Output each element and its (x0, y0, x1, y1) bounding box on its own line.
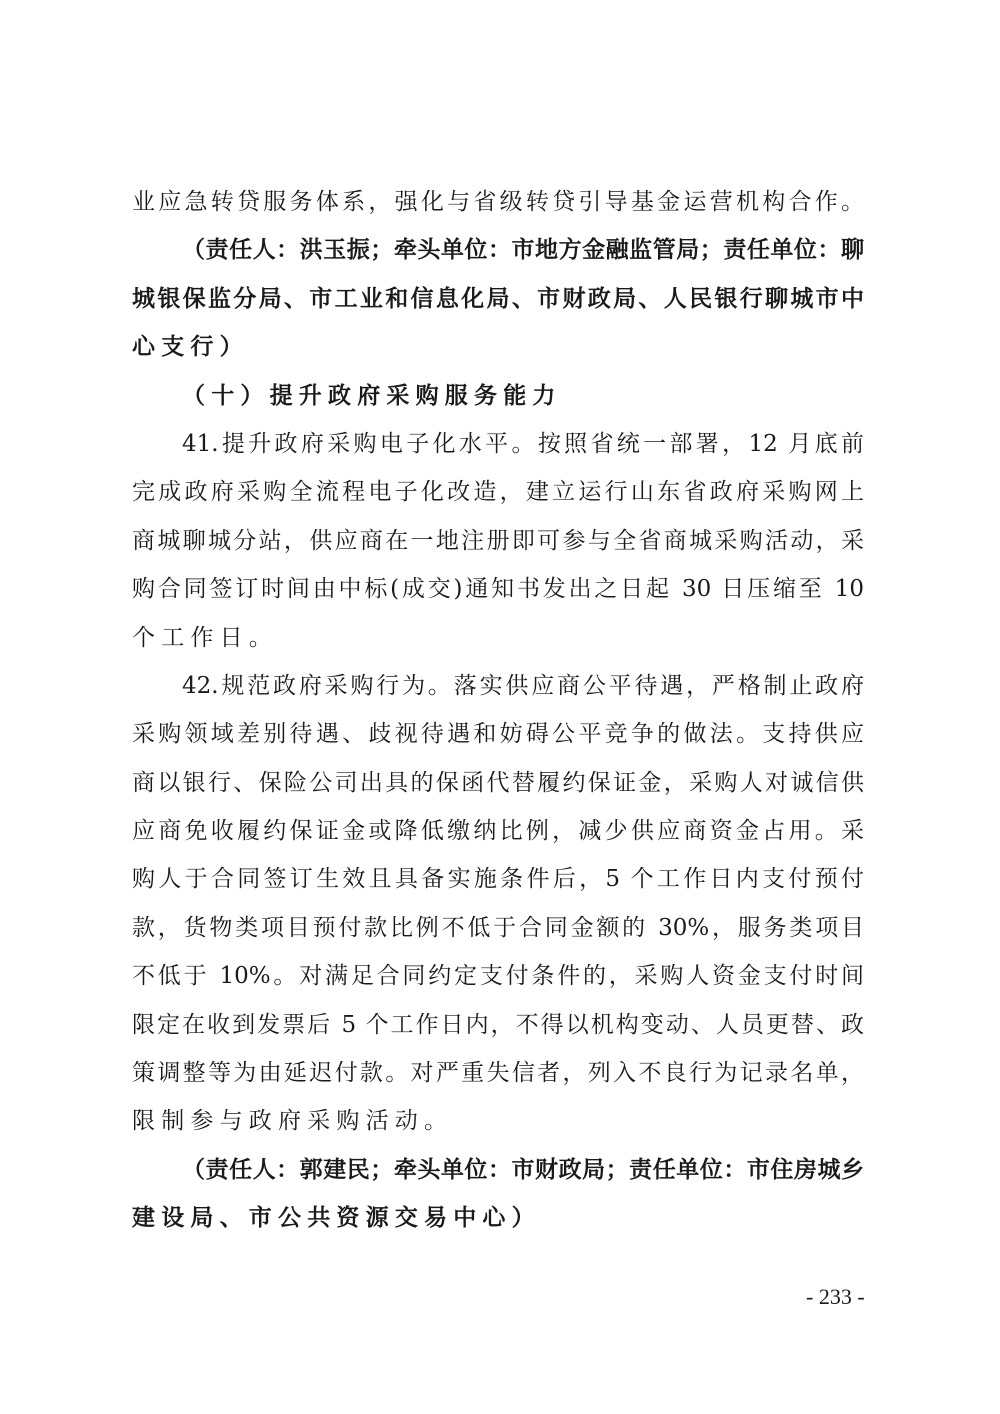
item-41-line: 个工作日。 (132, 614, 864, 662)
item-41-line: 41.提升政府采购电子化水平。按照省统一部署，12 月底前 (132, 420, 864, 468)
paragraph-continuation-line: 业应急转贷服务体系，强化与省级转贷引导基金运营机构合作。 (132, 178, 864, 226)
item-42-line: 限定在收到发票后 5 个工作日内，不得以机构变动、人员更替、政 (132, 1001, 864, 1049)
item-42-line: 商以银行、保险公司出具的保函代替履约保证金，采购人对诚信供 (132, 759, 864, 807)
item-42-line: 采购领域差别待遇、歧视待遇和妨碍公平竞争的做法。支持供应 (132, 710, 864, 758)
item-42-line: 应商免收履约保证金或降低缴纳比例，减少供应商资金占用。采 (132, 807, 864, 855)
responsibility-note-line: （责任人：洪玉振；牵头单位：市地方金融监管局；责任单位：聊 (132, 226, 864, 274)
item-42-line: 42.规范政府采购行为。落实供应商公平待遇，严格制止政府 (132, 662, 864, 710)
section-heading: （十）提升政府采购服务能力 (132, 372, 864, 420)
document-page-body: 业应急转贷服务体系，强化与省级转贷引导基金运营机构合作。 （责任人：洪玉振；牵头… (132, 178, 864, 1243)
responsibility-note-line: 建设局、市公共资源交易中心） (132, 1194, 864, 1242)
page-number: - 233 - (806, 1284, 865, 1310)
item-42-line: 款，货物类项目预付款比例不低于合同金额的 30%，服务类项目 (132, 904, 864, 952)
responsibility-note-line: 城银保监分局、市工业和信息化局、市财政局、人民银行聊城市中 (132, 275, 864, 323)
item-42-line: 限制参与政府采购活动。 (132, 1097, 864, 1145)
item-41-line: 完成政府采购全流程电子化改造，建立运行山东省政府采购网上 (132, 468, 864, 516)
item-41-line: 商城聊城分站，供应商在一地注册即可参与全省商城采购活动，采 (132, 517, 864, 565)
item-42-line: 购人于合同签订生效且具备实施条件后，5 个工作日内支付预付 (132, 855, 864, 903)
item-41-line: 购合同签订时间由中标(成交)通知书发出之日起 30 日压缩至 10 (132, 565, 864, 613)
item-42-line: 策调整等为由延迟付款。对严重失信者，列入不良行为记录名单， (132, 1049, 864, 1097)
responsibility-note-line: （责任人：郭建民；牵头单位：市财政局；责任单位：市住房城乡 (132, 1146, 864, 1194)
responsibility-note-line: 心支行） (132, 323, 864, 371)
item-42-line: 不低于 10%。对满足合同约定支付条件的，采购人资金支付时间 (132, 952, 864, 1000)
